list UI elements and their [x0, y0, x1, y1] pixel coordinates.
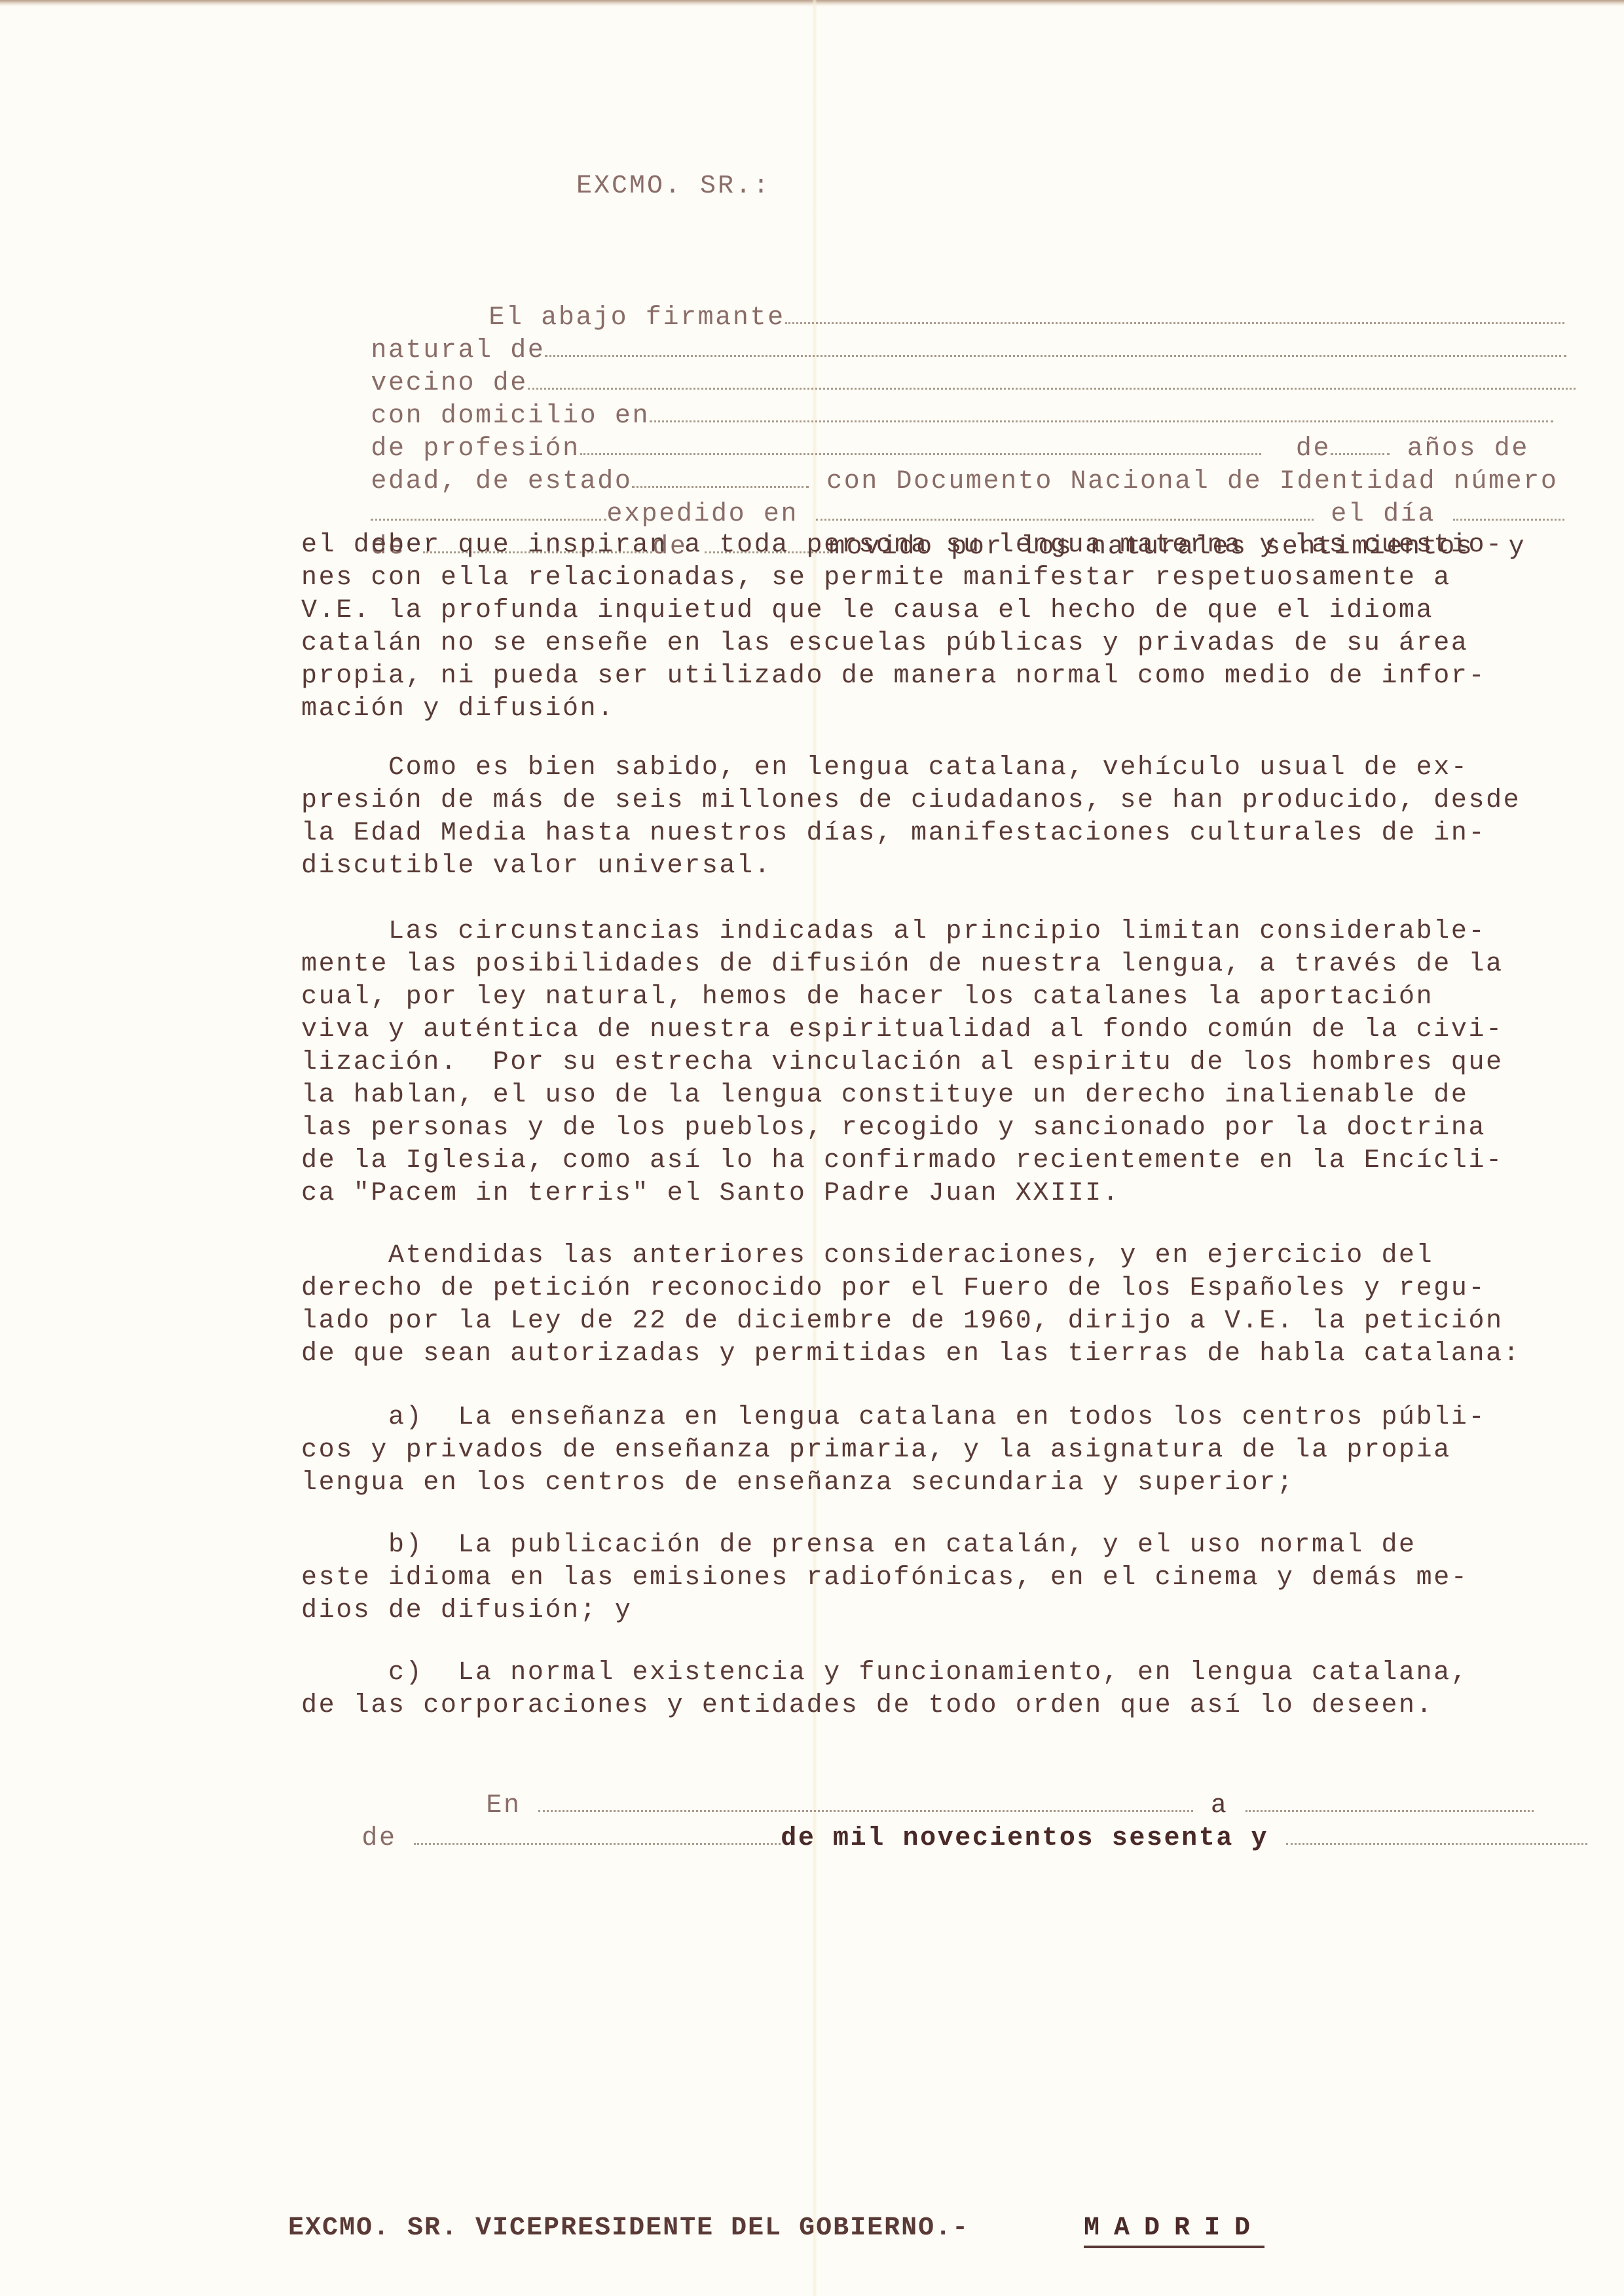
form-line-civil-status: edad, de estado con Documento Nacional d… [301, 431, 1558, 464]
closing-date-line: de de mil novecientos sesenta y [292, 1788, 1587, 1821]
form-line-address: con domicilio en [301, 365, 1553, 398]
signing-month-field[interactable] [414, 1821, 781, 1845]
text-line: V.E. la profunda inquietud que le causa … [301, 595, 1433, 627]
form-line-dni-issued: expedido en el día [301, 464, 1564, 496]
text-line: b) La publicación de prensa en catalán, … [301, 1529, 1416, 1562]
text-line: mente las posibilidades de difusión de n… [301, 948, 1504, 981]
text-line: discutible valor universal. [301, 850, 771, 883]
form-line-issued-date: de de movido por los naturales sentimien… [301, 496, 1526, 529]
form-line-birthplace: natural de [301, 300, 1566, 333]
text-line: propia, ni pueda ser utilizado de manera… [301, 660, 1486, 693]
text-line: las personas y de los pueblos, recogido … [301, 1112, 1486, 1145]
text-line: viva y auténtica de nuestra espiritualid… [301, 1014, 1504, 1046]
text-line: catalán no se enseñe en las escuelas púb… [301, 627, 1468, 660]
text-line: dios de difusión; y [301, 1595, 632, 1627]
text-line: de que sean autorizadas y permitidas en … [301, 1338, 1521, 1371]
text-line: cos y privados de enseñanza primaria, y … [301, 1434, 1451, 1467]
footer-city: MADRID [1084, 2213, 1264, 2248]
closing-place-line: En a [416, 1755, 1534, 1788]
text-line: ca "Pacem in terris" el Santo Padre Juan… [301, 1177, 1120, 1210]
text-line: de la Iglesia, como así lo ha confirmado… [301, 1145, 1504, 1177]
signing-year-field[interactable] [1286, 1821, 1587, 1845]
date-de-label: de [361, 1824, 396, 1853]
footer-addressee: EXCMO. SR. VICEPRESIDENTE DEL GOBIERNO.- [288, 2213, 969, 2243]
text-line: el deber que inspiran a toda persona su … [301, 529, 1504, 562]
text-line: este idioma en las emisiones radiofónica… [301, 1562, 1468, 1595]
text-line: de las corporaciones y entidades de todo… [301, 1690, 1433, 1722]
text-line: la Edad Media hasta nuestros días, manif… [301, 817, 1486, 850]
text-line: nes con ella relacionadas, se permite ma… [301, 562, 1451, 595]
text-line: c) La normal existencia y funcionamiento… [301, 1657, 1468, 1690]
text-line: derecho de petición reconocido por el Fu… [301, 1272, 1486, 1305]
text-line: Atendidas las anteriores consideraciones… [301, 1240, 1433, 1272]
text-line: Como es bien sabido, en lengua catalana,… [301, 752, 1468, 785]
text-line: presión de más de seis millones de ciuda… [301, 785, 1521, 817]
text-line: Las circunstancias indicadas al principi… [301, 916, 1486, 948]
form-line-residence: vecino de [301, 333, 1576, 365]
form-line-signer: El abajo firmante [419, 267, 1564, 300]
text-line: mación y difusión. [301, 693, 615, 726]
text-line: cual, por ley natural, hemos de hacer lo… [301, 981, 1433, 1014]
text-line: lización. Por su estrecha vinculación al… [301, 1046, 1504, 1079]
year-text: de mil novecientos sesenta y [781, 1824, 1268, 1853]
text-line: lengua en los centros de enseñanza secun… [301, 1467, 1294, 1500]
form-line-profession: de profesión de años de [301, 398, 1529, 431]
text-line: lado por la Ley de 22 de diciembre de 19… [301, 1305, 1504, 1338]
text-line: a) La enseñanza en lengua catalana en to… [301, 1401, 1486, 1434]
petition-letter: EXCMO. SR.: El abajo firmante natural de… [0, 0, 1624, 2296]
salutation: EXCMO. SR.: [576, 172, 771, 201]
text-line: la hablan, el uso de la lengua constituy… [301, 1079, 1468, 1112]
